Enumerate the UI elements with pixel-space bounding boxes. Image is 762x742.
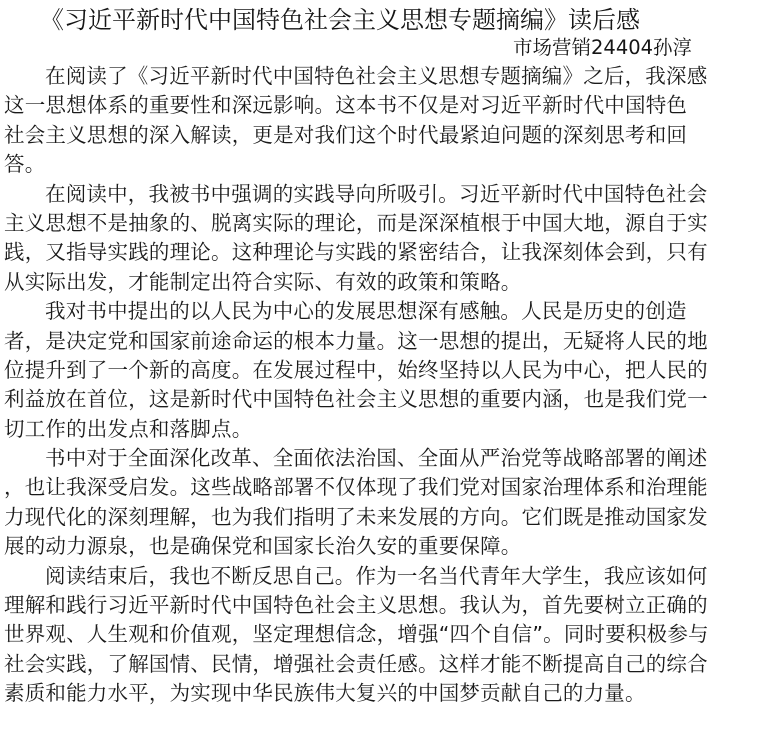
text-line: 这一思想体系的重要性和深远影响。这本书不仅是对习近平新时代中国特色 — [4, 91, 760, 120]
text-line: 答。 — [4, 150, 760, 179]
author-line: 市场营销24404孙淳 — [513, 36, 692, 60]
document-title: 《习近平新时代中国特色社会主义思想专题摘编》读后感 — [40, 4, 762, 36]
text-line: 者，是决定党和国家前途命运的根本力量。这一思想的提出，无疑将人民的地 — [4, 327, 760, 356]
text-line: 利益放在首位，这是新时代中国特色社会主义思想的重要内涵，也是我们党一 — [4, 385, 760, 414]
text-line: 在阅读中，我被书中强调的实践导向所吸引。习近平新时代中国特色社会 — [4, 180, 760, 209]
text-line: 在阅读了《习近平新时代中国特色社会主义思想专题摘编》之后，我深感 — [4, 62, 760, 91]
text-line: 理解和践行习近平新时代中国特色社会主义思想。我认为，首先要树立正确的 — [4, 591, 760, 620]
text-line: 书中对于全面深化改革、全面依法治国、全面从严治党等战略部署的阐述 — [4, 444, 760, 473]
text-line: 力现代化的深刻理解，也为我们指明了未来发展的方向。它们既是推动国家发 — [4, 503, 760, 532]
text-line: 素质和能力水平，为实现中华民族伟大复兴的中国梦贡献自己的力量。 — [4, 679, 760, 708]
text-line: 主义思想不是抽象的、脱离实际的理论，而是深深植根于中国大地，源自于实 — [4, 209, 760, 238]
paragraph: 在阅读了《习近平新时代中国特色社会主义思想专题摘编》之后，我深感 这一思想体系的… — [4, 62, 760, 180]
document-body: 在阅读了《习近平新时代中国特色社会主义思想专题摘编》之后，我深感 这一思想体系的… — [4, 62, 760, 709]
document-page: 《习近平新时代中国特色社会主义思想专题摘编》读后感 市场营销24404孙淳 在阅… — [0, 0, 762, 742]
text-line: 展的动力源泉，也是确保党和国家长治久安的重要保障。 — [4, 532, 760, 561]
paragraph: 我对书中提出的以人民为中心的发展思想深有感触。人民是历史的创造 者，是决定党和国… — [4, 297, 760, 444]
text-line: 阅读结束后，我也不断反思自己。作为一名当代青年大学生，我应该如何 — [4, 562, 760, 591]
text-line: 位提升到了一个新的高度。在发展过程中，始终坚持以人民为中心，把人民的 — [4, 356, 760, 385]
paragraph: 书中对于全面深化改革、全面依法治国、全面从严治党等战略部署的阐述 ，也让我深受启… — [4, 444, 760, 562]
text-line: 社会实践，了解国情、民情，增强社会责任感。这样才能不断提高自己的综合 — [4, 650, 760, 679]
paragraph: 阅读结束后，我也不断反思自己。作为一名当代青年大学生，我应该如何 理解和践行习近… — [4, 562, 760, 709]
text-line: 践，又指导实践的理论。这种理论与实践的紧密结合，让我深刻体会到，只有 — [4, 238, 760, 267]
text-line: 我对书中提出的以人民为中心的发展思想深有感触。人民是历史的创造 — [4, 297, 760, 326]
text-line: ，也让我深受启发。这些战略部署不仅体现了我们党对国家治理体系和治理能 — [4, 473, 760, 502]
text-line: 世界观、人生观和价值观，坚定理想信念，增强“四个自信”。同时要积极参与 — [4, 620, 760, 649]
text-line: 社会主义思想的深入解读，更是对我们这个时代最紧迫问题的深刻思考和回 — [4, 121, 760, 150]
text-line: 切工作的出发点和落脚点。 — [4, 415, 760, 444]
paragraph: 在阅读中，我被书中强调的实践导向所吸引。习近平新时代中国特色社会 主义思想不是抽… — [4, 180, 760, 298]
text-line: 从实际出发，才能制定出符合实际、有效的政策和策略。 — [4, 268, 760, 297]
